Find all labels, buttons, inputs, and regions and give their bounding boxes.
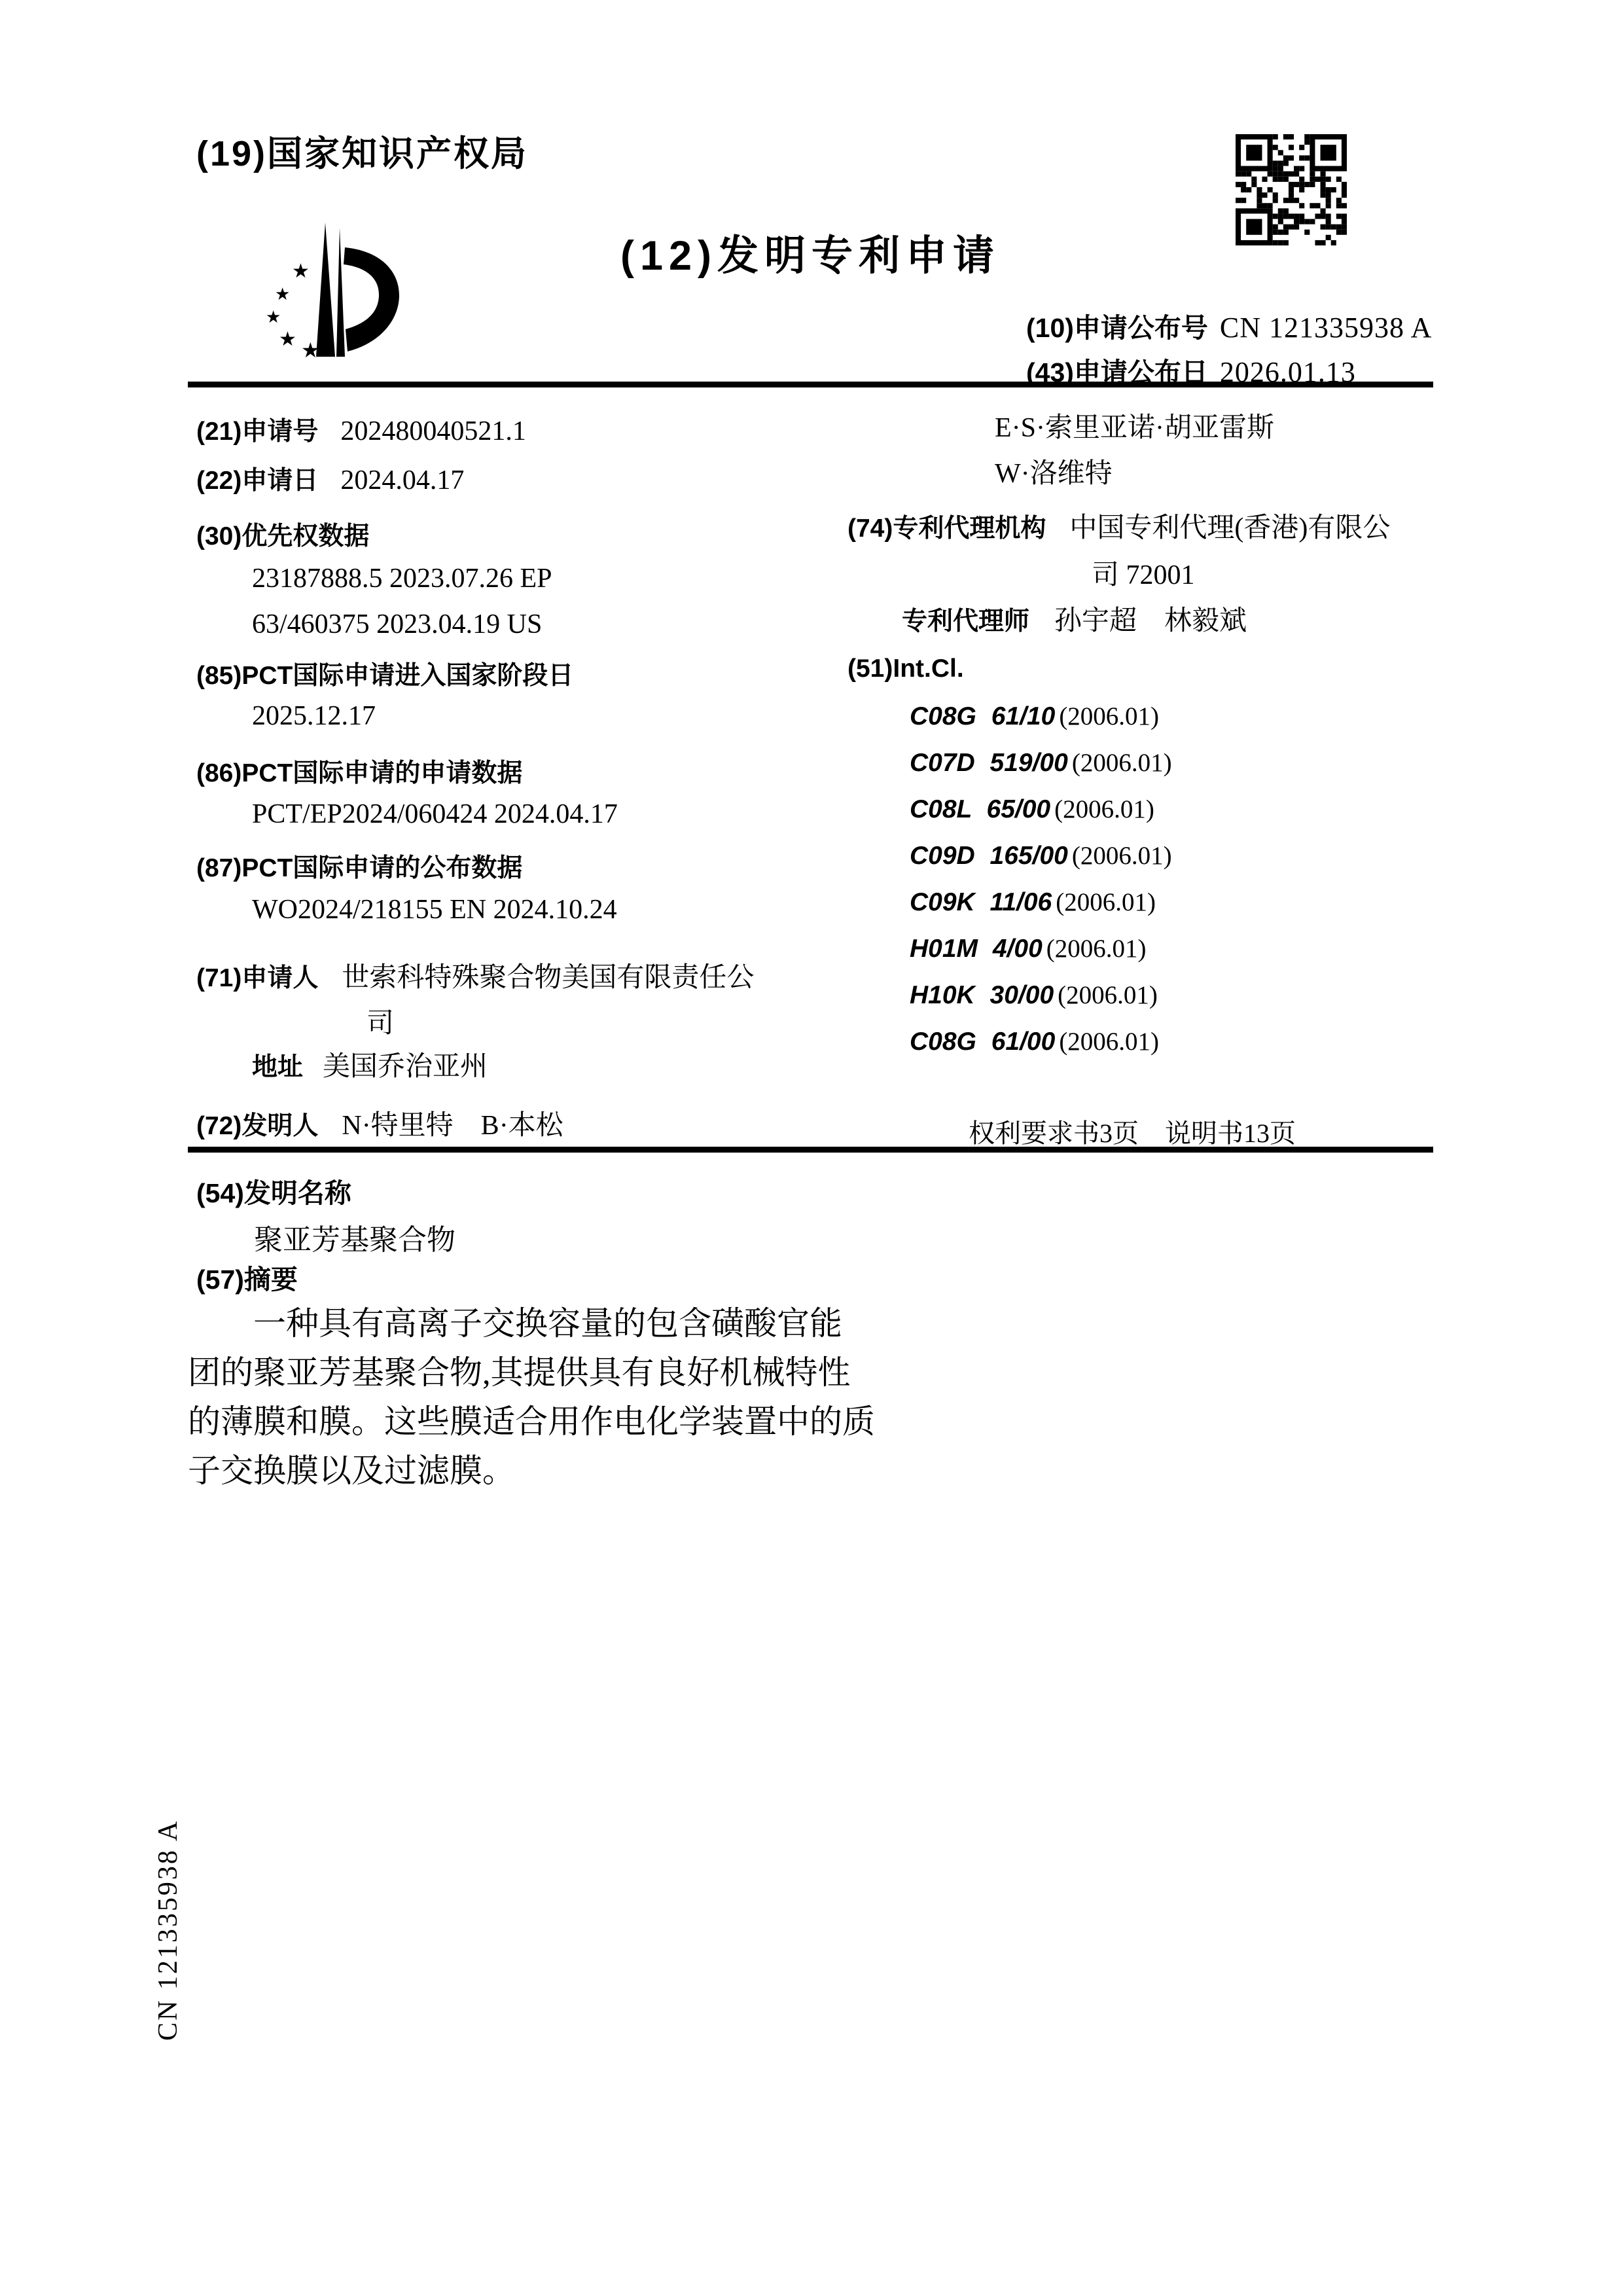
ipc-entry: C08G 61/00 (2006.01): [910, 1027, 1159, 1056]
pct-publication-data-label: (87)PCT国际申请的公布数据: [196, 848, 522, 884]
ipc-code: C09K 11/06: [910, 888, 1052, 917]
abstract-line: 的薄膜和膜。这些膜适合用作电化学装置中的质: [188, 1397, 901, 1446]
agency-name-line1: 中国专利代理(香港)有限公: [1069, 506, 1390, 545]
agent-names: 孙宇超 林毅斌: [1054, 599, 1247, 638]
priority-line-2: 63/460375 2023.04.19 US: [252, 609, 542, 640]
ipc-code: C09D 165/00: [910, 842, 1068, 870]
agency-label: (74)专利代理机构: [847, 508, 1046, 545]
filing-date-value: 2024.04.17: [340, 465, 464, 496]
ipc-version: (2006.01): [1059, 1027, 1159, 1056]
agent-label: 专利代理师: [902, 601, 1029, 637]
applicant-name-line1: 世索科特殊聚合物美国有限责任公: [342, 956, 754, 995]
ipc-version: (2006.01): [1072, 841, 1172, 870]
cnipa-logo-graphic: ★ ★ ★ ★ ★: [260, 221, 423, 362]
applicant-name-line2: 司: [366, 1001, 394, 1041]
abstract-label: (57)摘要: [196, 1258, 298, 1297]
pages-info: 权利要求书3页 说明书13页: [969, 1113, 1296, 1150]
abstract-line: 团的聚亚芳基聚合物,其提供具有良好机械特性: [188, 1348, 901, 1397]
ipc-version: (2006.01): [1058, 980, 1158, 1010]
abstract-line: 一种具有高离子交换容量的包含磺酸官能: [188, 1299, 901, 1348]
ipc-entry: C09K 11/06 (2006.01): [910, 888, 1156, 917]
inventors-continued-line2: W·洛维特: [995, 452, 1113, 491]
side-publication-code: CN 121335938 A: [152, 1820, 184, 2041]
inventors-continued-line1: E·S·索里亚诺·胡亚雷斯: [995, 406, 1274, 445]
ipc-version: (2006.01): [1046, 934, 1147, 963]
inventors-row: (72)发明人 N·特里特 B·本松: [196, 1103, 563, 1143]
application-number-value: 202480040521.1: [340, 416, 526, 447]
ipc-version: (2006.01): [1059, 702, 1159, 731]
inventors-value: N·特里特 B·本松: [342, 1103, 563, 1143]
issuing-office: (19)国家知识产权局: [196, 126, 528, 176]
patent-front-page: (19)国家知识产权局 ★ ★ ★ ★ ★ (12)发明专利申请 (10)申请公…: [0, 0, 1623, 2296]
body-divider: [188, 1147, 1433, 1153]
applicant-label: (71)申请人: [196, 958, 318, 994]
svg-text:★: ★: [301, 338, 320, 362]
pct-application-data-label: (86)PCT国际申请的申请数据: [196, 753, 522, 789]
publication-number-value: CN 121335938 A: [1220, 311, 1432, 344]
ipc-entry: C09D 165/00 (2006.01): [910, 841, 1172, 870]
applicant-address-row: 地址 美国乔治亚州: [252, 1045, 488, 1084]
svg-text:★: ★: [275, 284, 290, 304]
document-type-title: (12)发明专利申请: [620, 223, 1000, 282]
priority-data-label: (30)优先权数据: [196, 516, 369, 552]
agency-name-line2: 司 72001: [1092, 553, 1195, 592]
address-label: 地址: [252, 1047, 303, 1083]
filing-date-row: (22)申请日 2024.04.17: [196, 460, 464, 497]
priority-line-1: 23187888.5 2023.07.26 EP: [252, 563, 552, 594]
ipc-entry: H01M 4/00 (2006.01): [910, 934, 1147, 963]
application-number-row: (21)申请号 202480040521.1: [196, 411, 526, 448]
abstract-text: 一种具有高离子交换容量的包含磺酸官能 团的聚亚芳基聚合物,其提供具有良好机械特性…: [188, 1299, 901, 1496]
svg-text:★: ★: [292, 260, 310, 282]
applicant-row: (71)申请人 世索科特殊聚合物美国有限责任公: [196, 956, 754, 995]
address-value: 美国乔治亚州: [323, 1045, 488, 1084]
ipc-version: (2006.01): [1072, 748, 1172, 778]
qr-code-graphic: [1236, 134, 1347, 245]
ipc-version: (2006.01): [1054, 795, 1154, 824]
ipc-code: C08L 65/00: [910, 795, 1050, 824]
invention-title-label: (54)发明名称: [196, 1172, 351, 1210]
svg-text:★: ★: [266, 307, 281, 327]
ipc-code: C08G 61/10: [910, 702, 1055, 731]
agency-row: (74)专利代理机构 中国专利代理(香港)有限公: [847, 506, 1390, 545]
invention-title-value: 聚亚芳基聚合物: [254, 1216, 455, 1258]
svg-text:★: ★: [279, 329, 296, 350]
ipc-entry: C07D 519/00 (2006.01): [910, 748, 1172, 778]
ipc-code: C07D 519/00: [910, 749, 1068, 778]
abstract-line: 子交换膜以及过滤膜。: [188, 1446, 901, 1496]
cnipa-logo: ★ ★ ★ ★ ★: [260, 221, 423, 362]
qr-code: [1236, 134, 1347, 245]
header-divider: [188, 382, 1433, 387]
inventors-label: (72)发明人: [196, 1105, 318, 1142]
publication-number-label: (10)申请公布号: [1026, 306, 1208, 345]
publication-number-row: (10)申请公布号 CN 121335938 A: [1026, 306, 1432, 345]
pct-national-entry-value: 2025.12.17: [252, 700, 376, 732]
pct-publication-data-value: WO2024/218155 EN 2024.10.24: [252, 894, 617, 925]
ipc-version: (2006.01): [1056, 888, 1156, 917]
ipc-entry: H10K 30/00 (2006.01): [910, 980, 1158, 1010]
ipc-label: (51)Int.Cl.: [847, 655, 964, 683]
ipc-entry: C08L 65/00 (2006.01): [910, 795, 1154, 824]
ipc-code: C08G 61/00: [910, 1028, 1055, 1056]
pct-national-entry-label: (85)PCT国际申请进入国家阶段日: [196, 655, 573, 692]
application-number-label: (21)申请号: [196, 411, 318, 448]
filing-date-label: (22)申请日: [196, 460, 318, 497]
ipc-code: H10K 30/00: [910, 981, 1054, 1010]
agent-row: 专利代理师 孙宇超 林毅斌: [902, 599, 1247, 638]
pct-application-data-value: PCT/EP2024/060424 2024.04.17: [252, 798, 618, 830]
ipc-entry: C08G 61/10 (2006.01): [910, 702, 1159, 731]
ipc-code: H01M 4/00: [910, 935, 1043, 963]
